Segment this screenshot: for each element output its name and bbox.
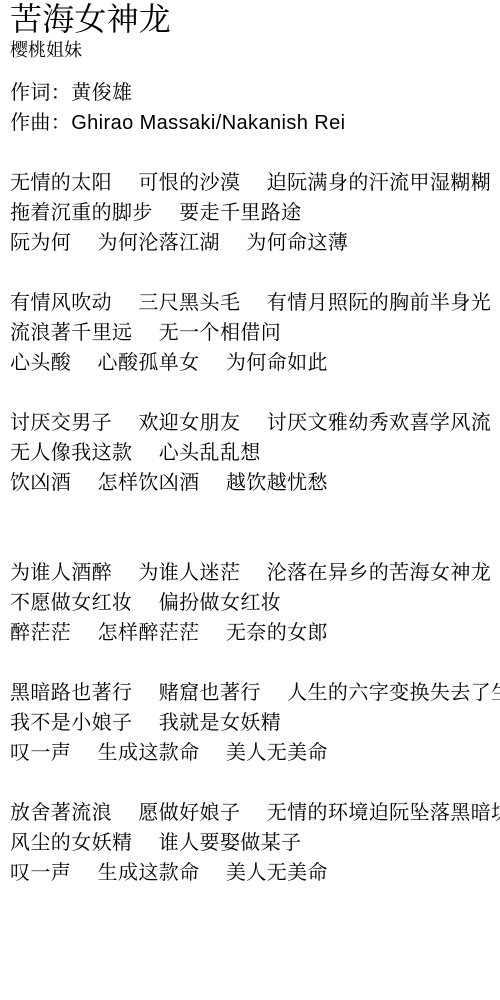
lyric-line: 流浪著千里远 无一个相借问: [10, 318, 500, 348]
lyric-line: 我不是小娘子 我就是女妖精: [10, 708, 500, 738]
verse-4: 为谁人酒醉 为谁人迷茫 沦落在异乡的苦海女神龙 不愿做女红妆 偏扮做女红妆 醉茫…: [10, 558, 500, 648]
lyric-line: 饮凶酒 怎样饮凶酒 越饮越忧愁: [10, 468, 500, 498]
lyric-line: 讨厌交男子 欢迎女朋友 讨厌文雅幼秀欢喜学风流: [10, 408, 500, 438]
lyric-line: 为谁人酒醉 为谁人迷茫 沦落在异乡的苦海女神龙: [10, 558, 500, 588]
lyricist-credit: 作词：黄俊雄: [10, 78, 500, 108]
credits: 作词：黄俊雄 作曲：Ghirao Massaki/Nakanish Rei: [10, 78, 500, 138]
lyric-line: 醉茫茫 怎样醉茫茫 无奈的女郎: [10, 618, 500, 648]
lyric-line: 阮为何 为何沦落江湖 为何命这薄: [10, 228, 500, 258]
lyric-line: 有情风吹动 三尺黑头毛 有情月照阮的胸前半身光: [10, 288, 500, 318]
verse-6: 放舍著流浪 愿做好娘子 无情的环境迫阮坠落黑暗坑 风尘的女妖精 谁人要娶做某子 …: [10, 798, 500, 888]
lyric-line: 叹一声 生成这款命 美人无美命: [10, 738, 500, 768]
page-title: 苦海女神龙: [10, 0, 500, 38]
verse-2: 有情风吹动 三尺黑头毛 有情月照阮的胸前半身光 流浪著千里远 无一个相借问 心头…: [10, 288, 500, 378]
lyric-line: 风尘的女妖精 谁人要娶做某子: [10, 828, 500, 858]
verse-1: 无情的太阳 可恨的沙漠 迫阮满身的汗流甲湿糊糊 拖着沉重的脚步 要走千里路途 阮…: [10, 168, 500, 258]
lyric-line: 叹一声 生成这款命 美人无美命: [10, 858, 500, 888]
verse-5: 黑暗路也著行 赌窟也著行 人生的六字变换失去了生 我不是小娘子 我就是女妖精 叹…: [10, 678, 500, 768]
lyrics-body: 无情的太阳 可恨的沙漠 迫阮满身的汗流甲湿糊糊 拖着沉重的脚步 要走千里路途 阮…: [10, 168, 500, 888]
lyric-line: 拖着沉重的脚步 要走千里路途: [10, 198, 500, 228]
lyric-line: 无情的太阳 可恨的沙漠 迫阮满身的汗流甲湿糊糊: [10, 168, 500, 198]
lyric-line: 心头酸 心酸孤单女 为何命如此: [10, 348, 500, 378]
lyric-line: 无人像我这款 心头乱乱想: [10, 438, 500, 468]
artist-name: 樱桃姐妹: [10, 38, 500, 62]
lyric-line: 黑暗路也著行 赌窟也著行 人生的六字变换失去了生: [10, 678, 500, 708]
composer-credit: 作曲：Ghirao Massaki/Nakanish Rei: [10, 108, 500, 138]
verse-3: 讨厌交男子 欢迎女朋友 讨厌文雅幼秀欢喜学风流 无人像我这款 心头乱乱想 饮凶酒…: [10, 408, 500, 498]
lyrics-page: 苦海女神龙 樱桃姐妹 作词：黄俊雄 作曲：Ghirao Massaki/Naka…: [0, 0, 500, 1000]
lyric-line: 不愿做女红妆 偏扮做女红妆: [10, 588, 500, 618]
lyric-line: 放舍著流浪 愿做好娘子 无情的环境迫阮坠落黑暗坑: [10, 798, 500, 828]
